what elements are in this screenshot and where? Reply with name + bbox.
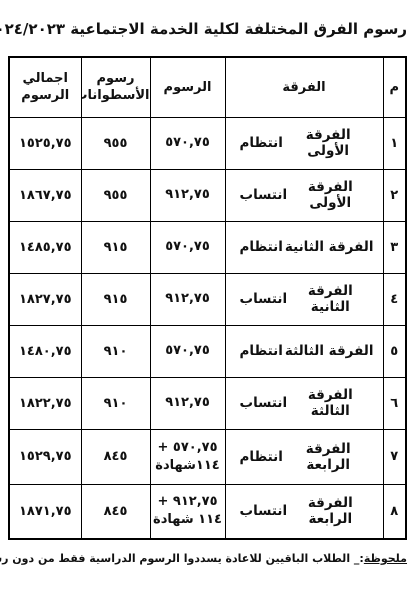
group-cell: الفرقة الثانية انتظام	[225, 221, 383, 273]
enrollment-mode: انتظام	[240, 449, 283, 465]
group-name: الفرقة الثانية	[285, 239, 374, 255]
fee-value: ٥٧٠,٧٥	[151, 238, 225, 256]
table-row: ٤ الفرقة الثانية انتساب ٩١٢,٧٥ ٩١٥ ١٨٢٧,…	[9, 273, 406, 325]
enrollment-mode: انتساب	[240, 187, 288, 203]
row-number: ٦	[383, 377, 406, 429]
fee-cell: ٩١٢,٧٥	[150, 169, 225, 221]
fee-value: ٩١٢,٧٥ +	[151, 493, 225, 511]
fee-value: ٥٧٠,٧٥	[151, 342, 225, 360]
group-cell: الفرقة الثالثة انتظام	[225, 325, 383, 377]
group-name: الفرقة الرابعة	[287, 495, 373, 527]
fee-cell: ٩١٢,٧٥	[150, 377, 225, 429]
header-cd-fees: رسوم الأسطوانات	[81, 57, 150, 117]
row-number: ٥	[383, 325, 406, 377]
enrollment-mode: انتساب	[240, 503, 288, 519]
footnote: ملحوظة:_ الطلاب الباقيين للاعادة يسددوا …	[10, 551, 407, 567]
cd-fee-value: ٨٤٥	[81, 429, 150, 484]
footnote-label: ملحوظة	[364, 552, 407, 565]
group-cell: الفرقة الثالثة انتساب	[225, 377, 383, 429]
header-fees: الرسوم	[150, 57, 225, 117]
cd-fee-value: ٩٥٥	[81, 117, 150, 169]
header-cd-fees-line2: الأسطوانات	[82, 87, 150, 104]
cd-fee-value: ٨٤٥	[81, 484, 150, 539]
group-cell: الفرقة الأولى انتساب	[225, 169, 383, 221]
total-value: ١٨٦٧,٧٥	[9, 169, 81, 221]
header-number: م	[383, 57, 406, 117]
table-row: ٥ الفرقة الثالثة انتظام ٥٧٠,٧٥ ٩١٠ ١٤٨٠,…	[9, 325, 406, 377]
fee-cell: ٥٧٠,٧٥	[150, 325, 225, 377]
group-name: الفرقة الأولى	[287, 179, 373, 211]
enrollment-mode: انتظام	[240, 239, 283, 255]
row-number: ٢	[383, 169, 406, 221]
fee-extra: ١١٤ شهادة	[151, 511, 225, 529]
group-cell: الفرقة الأولى انتظام	[225, 117, 383, 169]
group-name: الفرقة الثانية	[287, 283, 373, 315]
table-row: ٣ الفرقة الثانية انتظام ٥٧٠,٧٥ ٩١٥ ١٤٨٥,…	[9, 221, 406, 273]
total-value: ١٨٧١,٧٥	[9, 484, 81, 539]
group-name: الفرقة الثالثة	[287, 387, 373, 419]
total-value: ١٨٢٧,٧٥	[9, 273, 81, 325]
footnote-text: :_ الطلاب الباقيين للاعادة يسددوا الرسوم…	[0, 552, 364, 565]
fee-extra: ١١٤شهادة	[151, 457, 225, 475]
header-total-line1: اجمالي	[10, 70, 81, 87]
cd-fee-value: ٩١٠	[81, 377, 150, 429]
row-number: ٧	[383, 429, 406, 484]
enrollment-mode: انتظام	[240, 343, 283, 359]
fee-value: ٥٧٠,٧٥	[151, 134, 225, 152]
group-cell: الفرقة الثانية انتساب	[225, 273, 383, 325]
total-value: ١٤٨٥,٧٥	[9, 221, 81, 273]
fee-cell: ٥٧٠,٧٥ + ١١٤شهادة	[150, 429, 225, 484]
table-row: ٦ الفرقة الثالثة انتساب ٩١٢,٧٥ ٩١٠ ١٨٢٢,…	[9, 377, 406, 429]
page-title: رسوم الفرق المختلفة لكلية الخدمة الاجتما…	[10, 18, 407, 40]
enrollment-mode: انتساب	[240, 291, 288, 307]
table-header-row: م الفرقة الرسوم رسوم الأسطوانات اجمالي ا…	[9, 57, 406, 117]
group-cell: الفرقة الرابعة انتساب	[225, 484, 383, 539]
cd-fee-value: ٩١٥	[81, 273, 150, 325]
fee-cell: ٩١٢,٧٥	[150, 273, 225, 325]
group-name: الفرقة الثالثة	[285, 343, 374, 359]
fees-document: رسوم الفرق المختلفة لكلية الخدمة الاجتما…	[0, 0, 417, 589]
fees-table: م الفرقة الرسوم رسوم الأسطوانات اجمالي ا…	[8, 56, 407, 540]
fee-value: ٩١٢,٧٥	[151, 186, 225, 204]
fee-value: ٩١٢,٧٥	[151, 394, 225, 412]
fee-value: ٩١٢,٧٥	[151, 290, 225, 308]
group-name: الفرقة الأولى	[283, 127, 374, 159]
enrollment-mode: انتظام	[240, 135, 283, 151]
row-number: ٣	[383, 221, 406, 273]
cd-fee-value: ٩١٠	[81, 325, 150, 377]
total-value: ١٤٨٠,٧٥	[9, 325, 81, 377]
enrollment-mode: انتساب	[240, 395, 288, 411]
table-row: ٧ الفرقة الرابعة انتظام ٥٧٠,٧٥ + ١١٤شهاد…	[9, 429, 406, 484]
cd-fee-value: ٩١٥	[81, 221, 150, 273]
group-cell: الفرقة الرابعة انتظام	[225, 429, 383, 484]
group-name: الفرقة الرابعة	[283, 441, 374, 473]
total-value: ١٨٢٢,٧٥	[9, 377, 81, 429]
header-total-line2: الرسوم	[10, 87, 81, 104]
header-total: اجمالي الرسوم	[9, 57, 81, 117]
header-cd-fees-line1: رسوم	[82, 70, 150, 87]
cd-fee-value: ٩٥٥	[81, 169, 150, 221]
fee-cell: ٥٧٠,٧٥	[150, 221, 225, 273]
fee-value: ٥٧٠,٧٥ +	[151, 439, 225, 457]
fee-cell: ٥٧٠,٧٥	[150, 117, 225, 169]
row-number: ١	[383, 117, 406, 169]
total-value: ١٥٢٥,٧٥	[9, 117, 81, 169]
row-number: ٨	[383, 484, 406, 539]
total-value: ١٥٢٩,٧٥	[9, 429, 81, 484]
header-group: الفرقة	[225, 57, 383, 117]
table-row: ٨ الفرقة الرابعة انتساب ٩١٢,٧٥ + ١١٤ شها…	[9, 484, 406, 539]
fee-cell: ٩١٢,٧٥ + ١١٤ شهادة	[150, 484, 225, 539]
row-number: ٤	[383, 273, 406, 325]
table-row: ٢ الفرقة الأولى انتساب ٩١٢,٧٥ ٩٥٥ ١٨٦٧,٧…	[9, 169, 406, 221]
table-row: ١ الفرقة الأولى انتظام ٥٧٠,٧٥ ٩٥٥ ١٥٢٥,٧…	[9, 117, 406, 169]
